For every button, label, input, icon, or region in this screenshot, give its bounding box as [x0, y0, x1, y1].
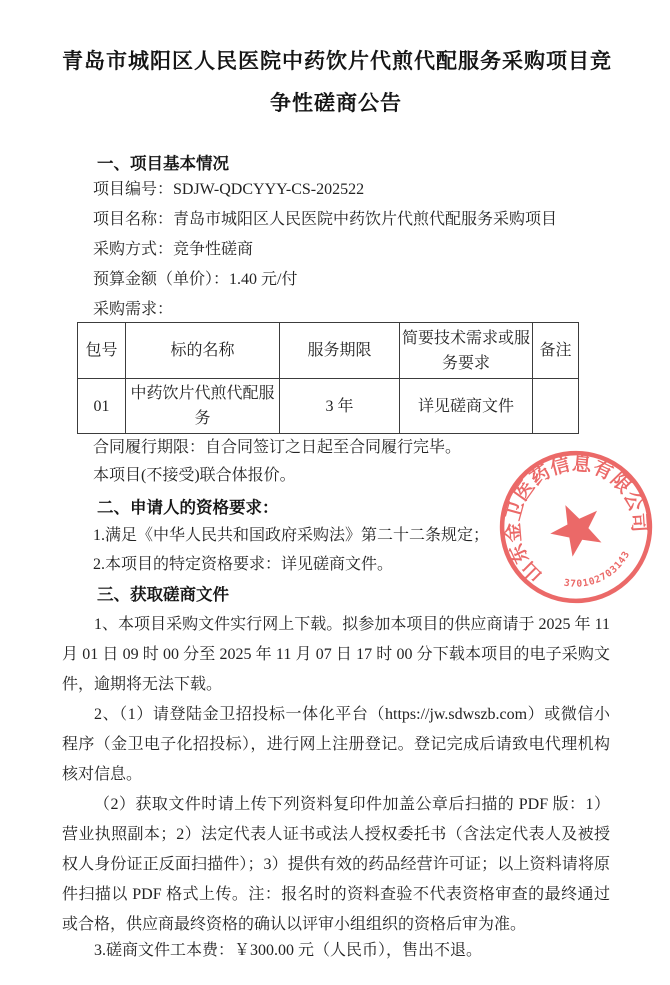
table-header-row: 包号 标的名称 服务期限 简要技术需求或服务要求 备注 — [78, 323, 579, 379]
section-three-heading: 三、获取磋商文件 — [97, 583, 229, 607]
table-row: 01 中药饮片代煎代配服务 3 年 详见磋商文件 — [78, 379, 579, 434]
project-name-line: 项目名称：青岛市城阳区人民医院中药饮片代煎代配服务采购项目 — [93, 208, 557, 232]
procurement-demand-line: 采购需求： — [93, 298, 173, 322]
registration-paragraph: 2、（1）请登陆金卫招投标一体化平台（https://jw.sdwszb.com… — [62, 700, 610, 790]
consortium-bid-line: 本项目(不接受)联合体报价。 — [93, 464, 296, 488]
document-upload-paragraph: （2）获取文件时请上传下列资料复印件加盖公章后扫描的 PDF 版：1）营业执照副… — [62, 790, 610, 940]
cell-package-no: 01 — [78, 379, 126, 434]
project-number-line: 项目编号：SDJW-QDCYYY-CS-202522 — [93, 178, 364, 202]
procurement-method-line: 采购方式：竞争性磋商 — [93, 238, 253, 262]
col-header-package-no: 包号 — [78, 323, 126, 379]
col-header-subject-name: 标的名称 — [126, 323, 280, 379]
procurement-requirements-table: 包号 标的名称 服务期限 简要技术需求或服务要求 备注 01 中药饮片代煎代配服… — [77, 322, 579, 434]
budget-amount-line: 预算金额（单价）：1.40 元/付 — [93, 268, 297, 292]
section-two-heading: 二、申请人的资格要求： — [97, 496, 279, 520]
col-header-tech-requirements: 简要技术需求或服务要求 — [400, 323, 533, 379]
download-period-paragraph: 1、本项目采购文件实行网上下载。拟参加本项目的供应商请于 2025 年 11 月… — [62, 610, 610, 700]
contract-term-line: 合同履行期限：自合同签订之日起至合同履行完毕。 — [93, 436, 461, 460]
cell-service-term: 3 年 — [280, 379, 400, 434]
cell-remarks — [533, 379, 579, 434]
col-header-remarks: 备注 — [533, 323, 579, 379]
seal-graphic: 山东金卫医药信息有限公司 3701027031432 — [494, 445, 658, 609]
col-header-service-term: 服务期限 — [280, 323, 400, 379]
qualification-line-1: 1.满足《中华人民共和国政府采购法》第二十二条规定； — [93, 524, 489, 548]
document-title-line-1: 青岛市城阳区人民医院中药饮片代煎代配服务采购项目竞 — [62, 46, 610, 76]
cell-subject-name: 中药饮片代煎代配服务 — [126, 379, 280, 434]
cell-tech-requirements: 详见磋商文件 — [400, 379, 533, 434]
section-one-heading: 一、项目基本情况 — [97, 152, 229, 176]
document-fee-line: 3.磋商文件工本费：￥300.00 元（人民币），售出不退。 — [94, 939, 482, 963]
company-seal-stamp: 山东金卫医药信息有限公司 3701027031432 — [494, 445, 658, 609]
document-title-line-2: 争性磋商公告 — [62, 88, 610, 118]
seal-star-icon — [542, 494, 610, 561]
qualification-line-2: 2.本项目的特定资格要求：详见磋商文件。 — [93, 553, 393, 577]
scanned-announcement-page: 青岛市城阳区人民医院中药饮片代煎代配服务采购项目竞 争性磋商公告 一、项目基本情… — [0, 0, 670, 985]
